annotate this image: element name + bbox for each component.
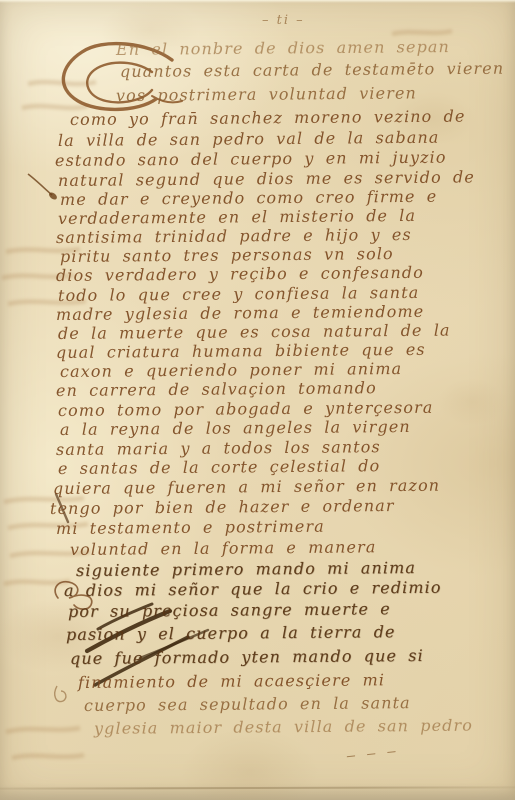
manuscript-line: estando sano del cuerpo y en mi juyzio (55, 148, 447, 170)
lower-paraph-mark (55, 686, 66, 702)
manuscript-line: dios verdadero y reçibo e confesando (56, 263, 424, 285)
manuscript-line: que fue formado yten mando que si (70, 646, 424, 668)
manuscript-line: quantos esta carta de testamēto vieren (120, 59, 504, 81)
manuscript-line: la villa de san pedro val de la sabana (58, 128, 440, 150)
paper-crease (0, 786, 515, 789)
manuscript-line: como yo fran̄ sanchez moreno vezino de (70, 107, 466, 129)
manuscript-line: mi testamento e postrimera (56, 517, 325, 538)
manuscript-line: cuerpo sea sepultado en la santa (84, 693, 411, 715)
manuscript-line: pasion y el cuerpo a la tierra de (66, 622, 396, 644)
manuscript-line: por su preçiosa sangre muerte e (68, 599, 391, 621)
end-flourish-mark: ‒ ‒ ‒ (345, 741, 400, 764)
manuscript-line: finamiento de mi acaesçiere mi (78, 670, 385, 692)
manuscript-page: – ti – En el nonbre de dios amen sepan q… (0, 0, 515, 800)
manuscript-line: voluntad en la forma e manera (70, 537, 377, 559)
manuscript-line: siguiente primero mando mi anima (76, 558, 416, 580)
manuscript-line: yglesia maior desta villa de san pedro (94, 716, 473, 738)
manuscript-line: e santas de la corte çelestial do (58, 456, 380, 478)
manuscript-line: vos postrimera voluntad vieren (116, 83, 417, 105)
folio-mark: – ti – (262, 13, 305, 28)
manuscript-line: tengo por bien de hazer e ordenar (50, 496, 395, 518)
manuscript-line: a la reyna de los angeles la virgen (60, 417, 411, 439)
manuscript-line: quiera que fueren a mi señor en razon (53, 476, 440, 498)
margin-arrow-mark (28, 174, 58, 201)
manuscript-line: a dios mi señor que la crio e redimio (64, 578, 442, 600)
manuscript-line: En el nonbre de dios amen sepan (116, 37, 450, 59)
manuscript-line: en carrera de salvaçion tomando (56, 378, 377, 400)
